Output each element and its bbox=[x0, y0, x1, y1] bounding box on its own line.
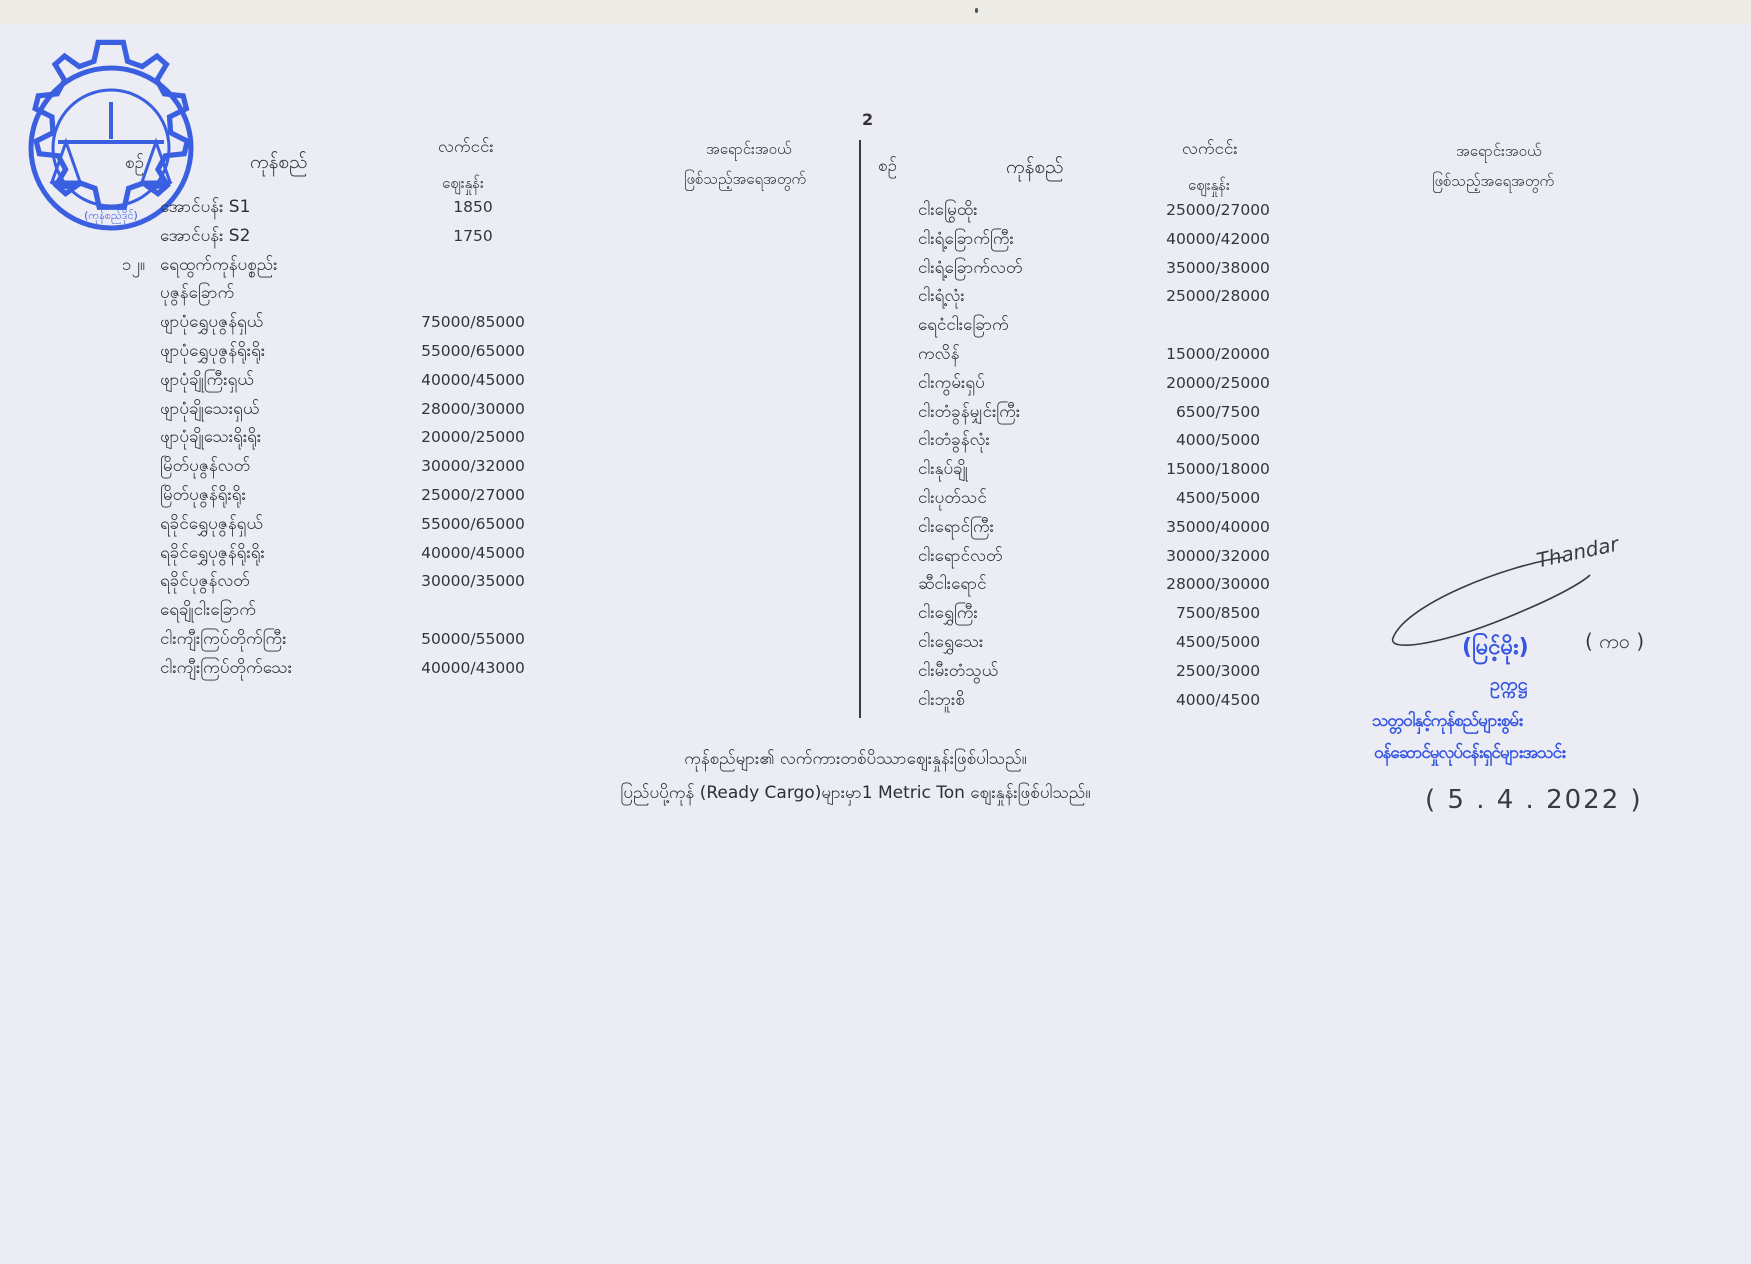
commodity-price: 15000/20000 bbox=[1158, 345, 1278, 363]
commodity-name: ငါးရွှေသေး bbox=[918, 631, 983, 656]
commodity-price: 35000/40000 bbox=[1158, 518, 1278, 536]
commodity-price: 25000/27000 bbox=[1158, 201, 1278, 219]
column-divider bbox=[859, 140, 861, 718]
scales-of-justice-icon bbox=[50, 102, 172, 188]
commodity-name: ကလိန် bbox=[918, 343, 959, 368]
commodity-price: 25000/27000 bbox=[413, 486, 533, 504]
commodity-price: 25000/28000 bbox=[1158, 287, 1278, 305]
table-row: ငါးနုပ်ချို15000/18000 bbox=[918, 458, 1318, 486]
section-heading: ရေထွက်ကုန်ပစ္စည်း bbox=[160, 254, 278, 279]
commodity-name: မြိတ်ပုဇွန်ရိုးရိုး bbox=[160, 484, 246, 509]
right-header-price-line1: လက်ငင်း bbox=[1182, 138, 1238, 163]
commodity-price: 40000/42000 bbox=[1158, 230, 1278, 248]
commodity-price: 4000/5000 bbox=[1158, 431, 1278, 449]
table-row: ငါးရံ့လုံး25000/28000 bbox=[918, 285, 1318, 313]
left-header-serial: စဉ် bbox=[125, 152, 144, 177]
stamp-org-line1: သတ္တဝါနှင့်ကုန်စည်များစွမ်း bbox=[1372, 710, 1522, 735]
table-row: ရခိုင်ပုဇွန်လတ်30000/35000 bbox=[160, 570, 573, 598]
commodity-name: ဖျာပုံချိုသေးရိုးရိုး bbox=[160, 426, 261, 451]
left-header-price-line2: ဈေးနှုန်း bbox=[442, 174, 484, 196]
signature-date: ( 5 . 4 . 2022 ) bbox=[1425, 785, 1643, 815]
commodity-price: 20000/25000 bbox=[1158, 374, 1278, 392]
commodity-price: 6500/7500 bbox=[1158, 403, 1278, 421]
commodity-price: 1750 bbox=[413, 227, 533, 245]
commodity-name: ငါးမီးတံသွယ် bbox=[918, 660, 998, 685]
commodity-name: ရခိုင်ပုဇွန်လတ် bbox=[160, 570, 250, 595]
commodity-name: ဖျာပုံချိုသေးရှယ် bbox=[160, 398, 259, 423]
commodity-name: ငါးကျီးကြပ်တိုက်သေး bbox=[160, 657, 292, 682]
commodity-price: 50000/55000 bbox=[413, 630, 533, 648]
commodity-name: ရခိုင်ရွှေပုဇွန်ရှယ် bbox=[160, 513, 263, 538]
table-row: ဖျာပုံရွှေပုဇွန်ရှယ်75000/85000 bbox=[160, 311, 573, 339]
table-row: ရေချိုငါးခြောက် bbox=[160, 599, 573, 627]
commodity-name: ငါးရောင်လတ် bbox=[918, 545, 1003, 570]
section-number: ၁၂။ bbox=[122, 254, 145, 279]
commodity-name: ငါးရံ့ခြောက်လတ် bbox=[918, 257, 1023, 282]
stamp-org-line2: ဝန်ဆောင်မှုလုပ်ငန်းရှင်များအသင်း bbox=[1374, 742, 1565, 767]
table-row: ငါးရွှေကြီး7500/8500 bbox=[918, 602, 1318, 630]
commodity-name: ငါးပုတ်သင် bbox=[918, 487, 987, 512]
commodity-name: မြိတ်ပုဇွန်လတ် bbox=[160, 455, 250, 480]
commodity-name: ငါးရောင်ကြီး bbox=[918, 516, 994, 541]
commodity-price: 2500/3000 bbox=[1158, 662, 1278, 680]
table-row: ငါးပုတ်သင်4500/5000 bbox=[918, 487, 1318, 515]
commodity-name: ငါးတံခွန်လုံး bbox=[918, 429, 990, 454]
commodity-name: ရခိုင်ရွှေပုဇွန်ရိုးရိုး bbox=[160, 542, 265, 567]
commodity-name: အောင်ပန်း S1 bbox=[160, 196, 250, 221]
table-row: ရေငံငါးခြောက် bbox=[918, 314, 1318, 342]
commodity-price: 4500/5000 bbox=[1158, 489, 1278, 507]
stamp-name: (မြင့်မိုး) bbox=[1462, 632, 1529, 665]
table-row: ငါးတံခွန်မျှင်းကြီး6500/7500 bbox=[918, 401, 1318, 429]
commodity-name: ဖျာပုံချိုကြီးရှယ် bbox=[160, 369, 254, 394]
commodity-name: ငါးမြွေထိုး bbox=[918, 199, 978, 224]
commodity-price: 40000/45000 bbox=[413, 371, 533, 389]
commodity-price: 30000/35000 bbox=[413, 572, 533, 590]
table-row: ၁၂။ရေထွက်ကုန်ပစ္စည်း bbox=[160, 254, 573, 282]
commodity-name: ငါးနုပ်ချို bbox=[918, 458, 968, 483]
table-row: ငါးမီးတံသွယ်2500/3000 bbox=[918, 660, 1318, 688]
table-row: ငါးရွှေသေး4500/5000 bbox=[918, 631, 1318, 659]
commodity-name: ပုဇွန်ခြောက် bbox=[160, 282, 234, 307]
commodity-price: 40000/45000 bbox=[413, 544, 533, 562]
table-row: ငါးရောင်လတ်30000/32000 bbox=[918, 545, 1318, 573]
page-number: 2 bbox=[862, 110, 873, 129]
table-row: ဖျာပုံချိုသေးရိုးရိုး20000/25000 bbox=[160, 426, 573, 454]
commodity-price: 28000/30000 bbox=[413, 400, 533, 418]
commodity-price: 30000/32000 bbox=[1158, 547, 1278, 565]
right-header-commodity: ကုန်စည် bbox=[1006, 155, 1063, 183]
signature-initials: ( ကဝ ) bbox=[1585, 628, 1644, 658]
table-row: ငါးကွမ်းရှပ်20000/25000 bbox=[918, 372, 1318, 400]
commodity-name: ဖျာပုံရွှေပုဇွန်ရှယ် bbox=[160, 311, 263, 336]
commodity-price: 4000/4500 bbox=[1158, 691, 1278, 709]
commodity-name: ရေငံငါးခြောက် bbox=[918, 314, 1009, 339]
commodity-name: အောင်ပန်း S2 bbox=[160, 225, 250, 250]
table-row: ရခိုင်ရွှေပုဇွန်ရိုးရိုး40000/45000 bbox=[160, 542, 573, 570]
commodity-price: 30000/32000 bbox=[413, 457, 533, 475]
table-row: ငါးရောင်ကြီး35000/40000 bbox=[918, 516, 1318, 544]
commodity-price: 40000/43000 bbox=[413, 659, 533, 677]
table-row: ငါးကျီးကြပ်တိုက်သေး40000/43000 bbox=[160, 657, 573, 685]
table-row: ဖျာပုံချိုကြီးရှယ်40000/45000 bbox=[160, 369, 573, 397]
commodity-name: ငါးကွမ်းရှပ် bbox=[918, 372, 985, 397]
right-header-price-line2: ဈေးနှုန်း bbox=[1188, 176, 1230, 198]
commodity-price: 28000/30000 bbox=[1158, 575, 1278, 593]
table-row: ဖျာပုံချိုသေးရှယ်28000/30000 bbox=[160, 398, 573, 426]
commodity-price: 55000/65000 bbox=[413, 342, 533, 360]
commodity-name: ငါးရွှေကြီး bbox=[918, 602, 978, 627]
commodity-price: 4500/5000 bbox=[1158, 633, 1278, 651]
commodity-price: 55000/65000 bbox=[413, 515, 533, 533]
table-row: ငါးတံခွန်လုံး4000/5000 bbox=[918, 429, 1318, 457]
left-header-commodity: ကုန်စည် bbox=[250, 150, 307, 178]
commodity-name: ငါးကျီးကြပ်တိုက်ကြီး bbox=[160, 628, 287, 653]
commodity-name: ဆီငါးရောင် bbox=[918, 573, 987, 598]
right-header-note-line1: အရောင်းအဝယ် bbox=[1456, 142, 1542, 164]
table-row: ကလိန်15000/20000 bbox=[918, 343, 1318, 371]
commodity-price: 75000/85000 bbox=[413, 313, 533, 331]
table-row: ဖျာပုံရွှေပုဇွန်ရိုးရိုး55000/65000 bbox=[160, 340, 573, 368]
commodity-name: ငါးဘူးစိ bbox=[918, 689, 965, 714]
commodity-price: 35000/38000 bbox=[1158, 259, 1278, 277]
table-row: မြိတ်ပုဇွန်လတ်30000/32000 bbox=[160, 455, 573, 483]
table-row: အောင်ပန်း S11850 bbox=[160, 196, 573, 224]
table-row: ငါးကျီးကြပ်တိုက်ကြီး50000/55000 bbox=[160, 628, 573, 656]
stamp-title: ဥက္ကဋ္ဌ bbox=[1490, 672, 1527, 699]
table-row: ပုဇွန်ခြောက် bbox=[160, 282, 573, 310]
table-row: အောင်ပန်း S21750 bbox=[160, 225, 573, 253]
table-row: ငါးမြွေထိုး25000/27000 bbox=[918, 199, 1318, 227]
commodity-name: ရေချိုငါးခြောက် bbox=[160, 599, 256, 624]
table-row: မြိတ်ပုဇွန်ရိုးရိုး25000/27000 bbox=[160, 484, 573, 512]
svg-text:(ကုန်စည်ဒိုင်): (ကုန်စည်ဒိုင်) bbox=[84, 209, 138, 224]
speck-mark bbox=[975, 8, 978, 13]
table-row: ငါးရံ့ခြောက်ကြီး40000/42000 bbox=[918, 228, 1318, 256]
commodity-name: ငါးရံ့လုံး bbox=[918, 285, 965, 310]
table-row: ဆီငါးရောင်28000/30000 bbox=[918, 573, 1318, 601]
commodity-price: 15000/18000 bbox=[1158, 460, 1278, 478]
commodity-price: 1850 bbox=[413, 198, 533, 216]
commodity-name: ငါးရံ့ခြောက်ကြီး bbox=[918, 228, 1014, 253]
right-header-note-line2: ဖြစ်သည့်အရေအတွက် bbox=[1432, 172, 1554, 194]
commodity-price: 20000/25000 bbox=[413, 428, 533, 446]
table-row: ရခိုင်ရွှေပုဇွန်ရှယ်55000/65000 bbox=[160, 513, 573, 541]
commodity-price: 7500/8500 bbox=[1158, 604, 1278, 622]
commodity-name: ဖျာပုံရွှေပုဇွန်ရိုးရိုး bbox=[160, 340, 265, 365]
table-row: ငါးဘူးစိ4000/4500 bbox=[918, 689, 1318, 717]
left-header-note-line1: အရောင်းအဝယ် bbox=[706, 140, 792, 162]
left-header-note-line2: ဖြစ်သည့်အရေအတွက် bbox=[684, 170, 806, 192]
table-row: ငါးရံ့ခြောက်လတ်35000/38000 bbox=[918, 257, 1318, 285]
right-header-serial: စဉ် bbox=[878, 155, 897, 180]
commodity-name: ငါးတံခွန်မျှင်းကြီး bbox=[918, 401, 1020, 426]
left-header-price-line1: လက်ငင်း bbox=[438, 136, 494, 161]
